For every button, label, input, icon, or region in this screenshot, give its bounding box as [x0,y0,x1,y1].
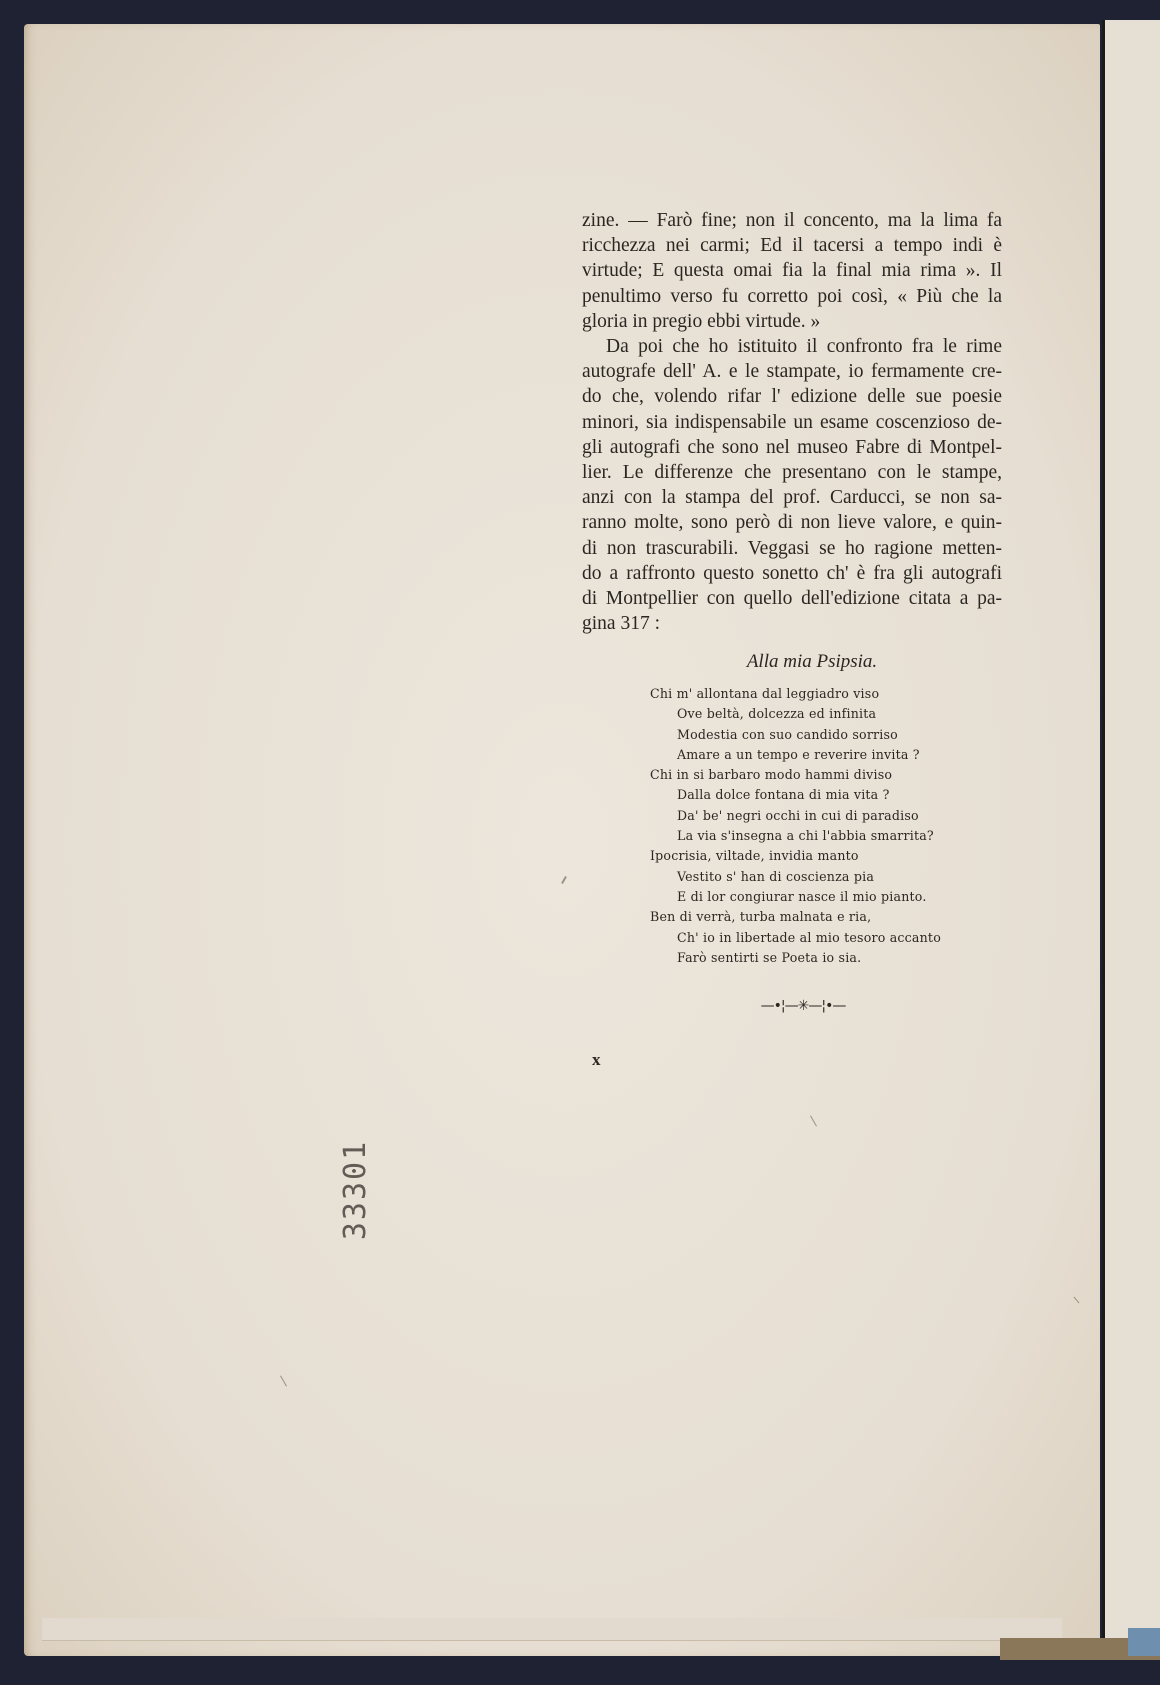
prose-line: lier. Le differenze che presentano con l… [582,460,1002,485]
verse: Ove beltà, dolcezza ed infinita [650,704,1010,724]
poem-title: Alla mia Psipsia. [582,651,1002,673]
prose-line: gloria in pregio ebbi virtude. » [582,309,1002,334]
sonnet: Chi m' allontana dal leggiadro viso Ove … [650,684,1010,968]
prose-line: gli autografi che sono nel museo Fabre d… [582,435,1002,460]
prose-line: do che, volendo rifar l' edizione delle … [582,384,1002,409]
verse: Ben di verrà, turba malnata e ria, [650,907,1010,927]
adjacent-page-edge [1102,20,1160,1640]
verse: Modestia con suo candido sorriso [650,725,1010,745]
prose-line: ricchezza nei carmi; Ed il tacersi a tem… [582,233,1002,258]
library-stamp: 33301 [285,1165,425,1215]
prose-line: autografe dell' A. e le stampate, io fer… [582,359,1002,384]
prose-line: zine. — Farò fine; non il concento, ma l… [582,208,1002,233]
verse: Ipocrisia, viltade, invidia manto [650,846,1010,866]
prose-line: virtude; E questa omai fia la final mia … [582,258,1002,283]
prose-text: zine. — Farò fine; non il concento, ma l… [582,208,1002,636]
verse: Amare a un tempo e reverire invita ? [650,745,1010,765]
prose-line: ranno molte, sono però di non lieve valo… [582,510,1002,535]
prose-line: gina 317 : [582,611,1002,636]
prose-line: do a raffronto questo sonetto ch' è fra … [582,561,1002,586]
blue-tab [1128,1628,1160,1656]
verse: Chi in si barbaro modo hammi diviso [650,765,1010,785]
verse: Vestito s' han di coscienza pia [650,867,1010,887]
prose-line: di non trascurabili. Veggasi se ho ragio… [582,536,1002,561]
verse: Chi m' allontana dal leggiadro viso [650,684,1010,704]
ornament-divider-icon: —•¦—✳—¦•— [748,998,858,1018]
verse: La via s'insegna a chi l'abbia smarrita? [650,826,1010,846]
prose-line: di Montpellier con quello dell'edizione … [582,586,1002,611]
page-bottom-fold [42,1618,1062,1641]
prose-line: Da poi che ho istituito il confronto fra… [582,334,1002,359]
verse: E di lor congiurar nasce il mio pianto. [650,887,1010,907]
verse: Ch' io in libertade al mio tesoro accant… [650,928,1010,948]
verse: Da' be' negri occhi in cui di paradiso [650,806,1010,826]
verse: Dalla dolce fontana di mia vita ? [650,785,1010,805]
prose-line: anzi con la stampa del prof. Carducci, s… [582,485,1002,510]
prose-line: penultimo verso fu corretto poi così, « … [582,284,1002,309]
prose-line: minori, sia indispensabile un esame cosc… [582,410,1002,435]
verse: Farò sentirti se Poeta io sia. [650,948,1010,968]
signature-mark: x [592,1050,601,1070]
